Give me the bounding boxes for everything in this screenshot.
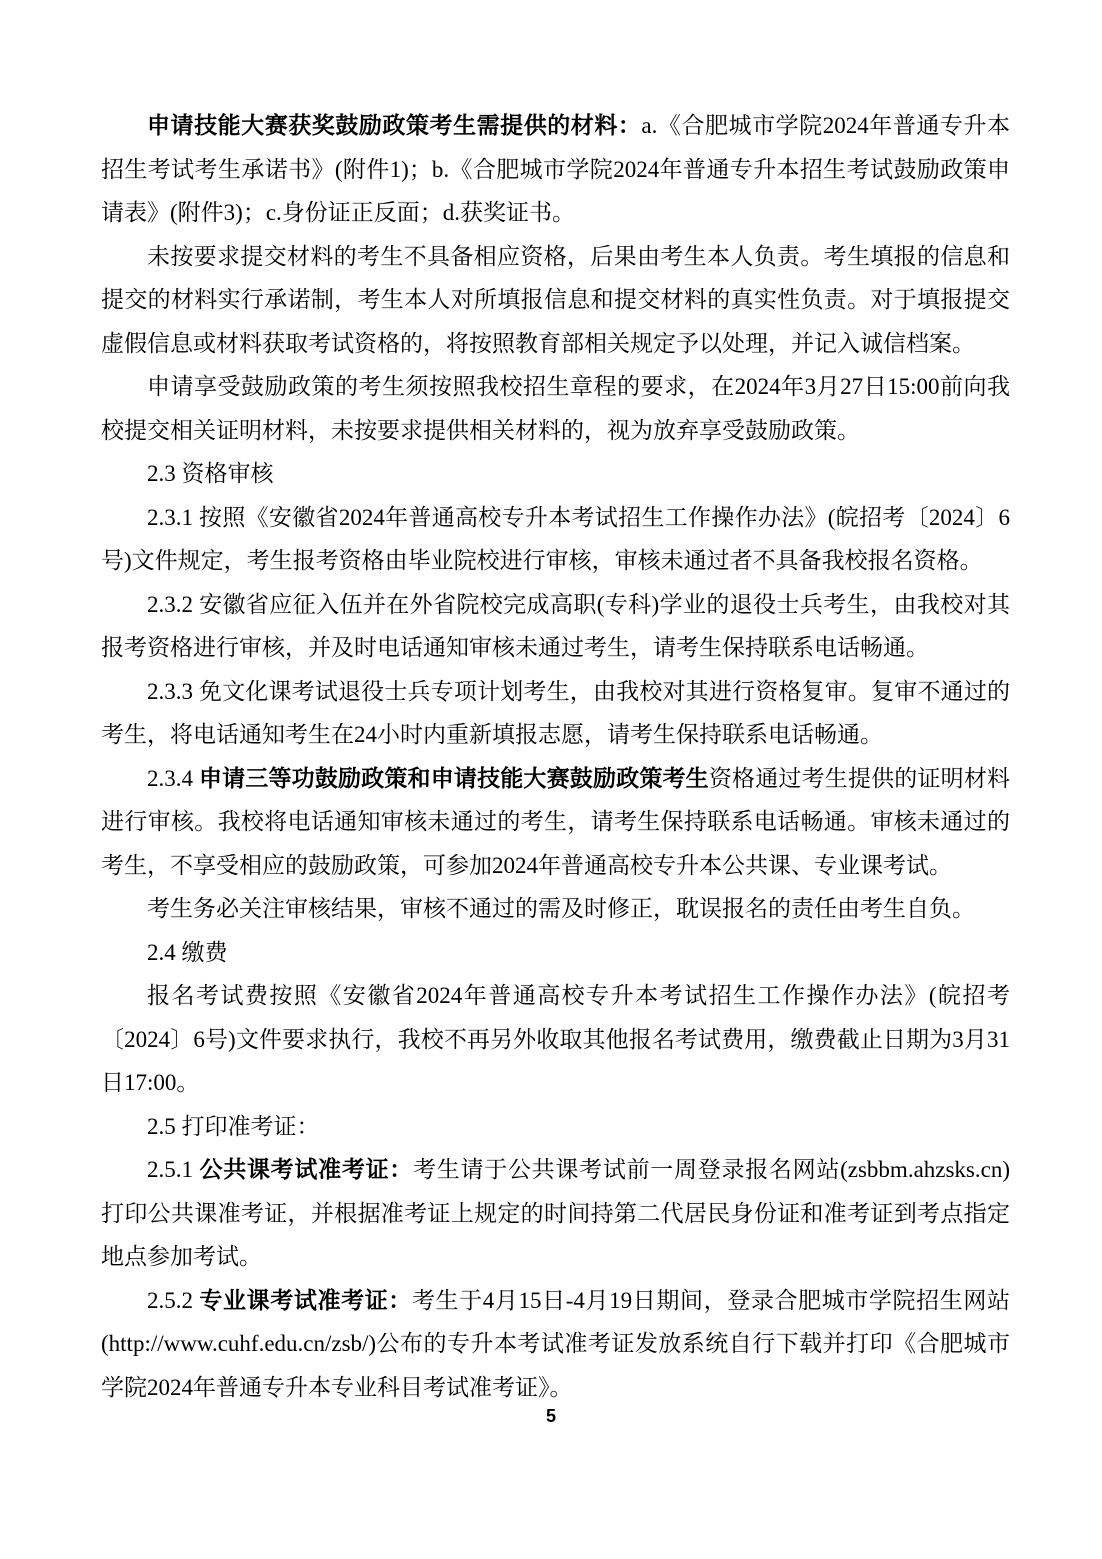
paragraph-number: 2.3.4 (147, 766, 199, 791)
paragraph-lead-bold: 公共课考试准考证： (199, 1156, 413, 1182)
para-material-responsibility: 未按要求提交材料的考生不具备相应资格，后果由考生本人负责。考生填报的信息和提交的… (101, 235, 1010, 366)
paragraph-lead-bold: 申请技能大赛获奖鼓励政策考生需提供的材料： (147, 112, 641, 138)
para-incentive-deadline: 申请享受鼓励政策的考生须按照我校招生章程的要求，在2024年3月27日15:00… (101, 365, 1010, 452)
para-2-3-4: 2.3.4 申请三等功鼓励政策和申请技能大赛鼓励政策考生资格通过考生提供的证明材… (101, 757, 1010, 888)
page-number: 5 (546, 1406, 556, 1426)
heading-2-4-payment: 2.4 缴费 (101, 931, 1010, 975)
paragraph-lead-bold: 申请三等功鼓励政策和申请技能大赛鼓励政策考生 (199, 765, 709, 791)
heading-text: 2.4 缴费 (147, 940, 228, 965)
paragraph-text: 申请享受鼓励政策的考生须按照我校招生章程的要求，在2024年3月27日15:00… (101, 374, 1010, 443)
para-2-3-3: 2.3.3 免文化课考试退役士兵专项计划考生，由我校对其进行资格复审。复审不通过… (101, 670, 1010, 757)
para-payment-details: 报名考试费按照《安徽省2024年普通高校专升本考试招生工作操作办法》(皖招考〔2… (101, 974, 1010, 1105)
para-skill-competition-materials: 申请技能大赛获奖鼓励政策考生需提供的材料：a.《合肥城市学院2024年普通专升本… (101, 104, 1010, 235)
paragraph-text: 未按要求提交材料的考生不具备相应资格，后果由考生本人负责。考生填报的信息和提交的… (101, 244, 1010, 356)
para-review-result-notice: 考生务必关注审核结果，审核不通过的需及时修正，耽误报名的责任由考生自负。 (101, 887, 1010, 931)
para-2-3-1: 2.3.1 按照《安徽省2024年普通高校专升本考试招生工作操作办法》(皖招考〔… (101, 496, 1010, 583)
paragraph-text: 考生务必关注审核结果，审核不通过的需及时修正，耽误报名的责任由考生自负。 (147, 896, 975, 921)
page-footer: 5 (0, 1404, 1102, 1428)
paragraph-number: 2.5.2 (147, 1288, 199, 1313)
paragraph-text: 报名考试费按照《安徽省2024年普通高校专升本考试招生工作操作办法》(皖招考〔2… (101, 983, 1010, 1095)
paragraph-text: 2.3.2 安徽省应征入伍并在外省院校完成高职(专科)学业的退役士兵考生，由我校… (101, 592, 1010, 661)
paragraph-text: 2.3.3 免文化课考试退役士兵专项计划考生，由我校对其进行资格复审。复审不通过… (101, 679, 1010, 748)
para-2-5-2-major-course-ticket: 2.5.2 专业课考试准考证：考生于4月15日-4月19日期间，登录合肥城市学院… (101, 1279, 1010, 1410)
paragraph-text: 2.3.1 按照《安徽省2024年普通高校专升本考试招生工作操作办法》(皖招考〔… (101, 505, 1010, 574)
para-2-3-2: 2.3.2 安徽省应征入伍并在外省院校完成高职(专科)学业的退役士兵考生，由我校… (101, 583, 1010, 670)
heading-2-3-qualification-review: 2.3 资格审核 (101, 452, 1010, 496)
paragraph-number: 2.5.1 (147, 1157, 199, 1182)
heading-text: 2.3 资格审核 (147, 461, 274, 486)
para-2-5-1-public-course-ticket: 2.5.1 公共课考试准考证：考生请于公共课考试前一周登录报名网站(zsbbm.… (101, 1148, 1010, 1279)
heading-2-5-print-admission-ticket: 2.5 打印准考证： (101, 1105, 1010, 1149)
heading-text: 2.5 打印准考证： (147, 1114, 320, 1139)
document-body: 申请技能大赛获奖鼓励政策考生需提供的材料：a.《合肥城市学院2024年普通专升本… (101, 104, 1010, 1409)
paragraph-lead-bold: 专业课考试准考证： (199, 1287, 412, 1313)
document-page: 申请技能大赛获奖鼓励政策考生需提供的材料：a.《合肥城市学院2024年普通专升本… (0, 0, 1102, 1559)
